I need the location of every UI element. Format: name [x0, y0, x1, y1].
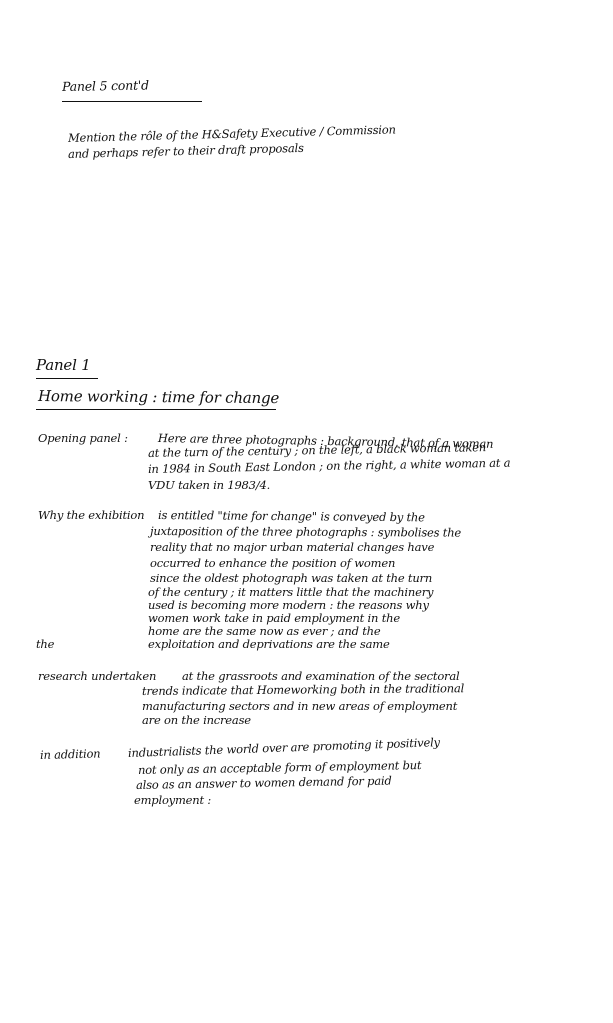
why-line-3: reality that no major urban material cha…	[150, 540, 434, 554]
why-line-5: since the oldest photograph was taken at…	[150, 571, 432, 585]
why-line-1: is entitled "time for change" is conveye…	[158, 508, 425, 524]
section-label-research: research undertaken	[38, 669, 156, 683]
addition-line-1: industrialists the world over are promot…	[128, 735, 440, 760]
why-line-8: women work take in paid employment in th…	[148, 611, 400, 625]
research-line-4: are on the increase	[142, 713, 251, 727]
why-line-10: exploitation and deprivations are the sa…	[148, 637, 390, 651]
why-line-2: juxtaposition of the three photographs :…	[150, 524, 461, 540]
research-line-3: manufacturing sectors and in new areas o…	[142, 699, 457, 713]
panel1-heading-underline	[36, 378, 98, 379]
handwritten-page: Panel 5 cont'd Mention the rôle of the H…	[0, 0, 613, 1023]
why-margin-note: the	[36, 637, 54, 651]
research-line-2: trends indicate that Homeworking both in…	[142, 681, 464, 698]
addition-line-4: employment :	[134, 793, 211, 807]
section-label-in-addition: in addition	[40, 746, 101, 762]
continuation-line-1: Mention the rôle of the H&Safety Executi…	[68, 122, 396, 145]
why-line-6: of the century ; it matters little that …	[148, 585, 433, 599]
why-line-4: occurred to enhance the position of wome…	[150, 556, 395, 570]
why-line-7: used is becoming more modern : the reaso…	[148, 598, 429, 612]
panel1-title-underline	[36, 409, 276, 410]
opening-line-4: VDU taken in 1983/4.	[148, 478, 270, 492]
section-label-why: Why the exhibition	[38, 508, 144, 522]
why-line-9: home are the same now as ever ; and the	[148, 624, 380, 638]
panel1-title: Home working : time for change	[38, 387, 279, 407]
continuation-heading: Panel 5 cont'd	[62, 77, 149, 94]
section-label-opening-panel: Opening panel :	[38, 431, 128, 445]
continuation-heading-underline	[62, 101, 202, 102]
panel1-heading: Panel 1	[36, 356, 91, 374]
